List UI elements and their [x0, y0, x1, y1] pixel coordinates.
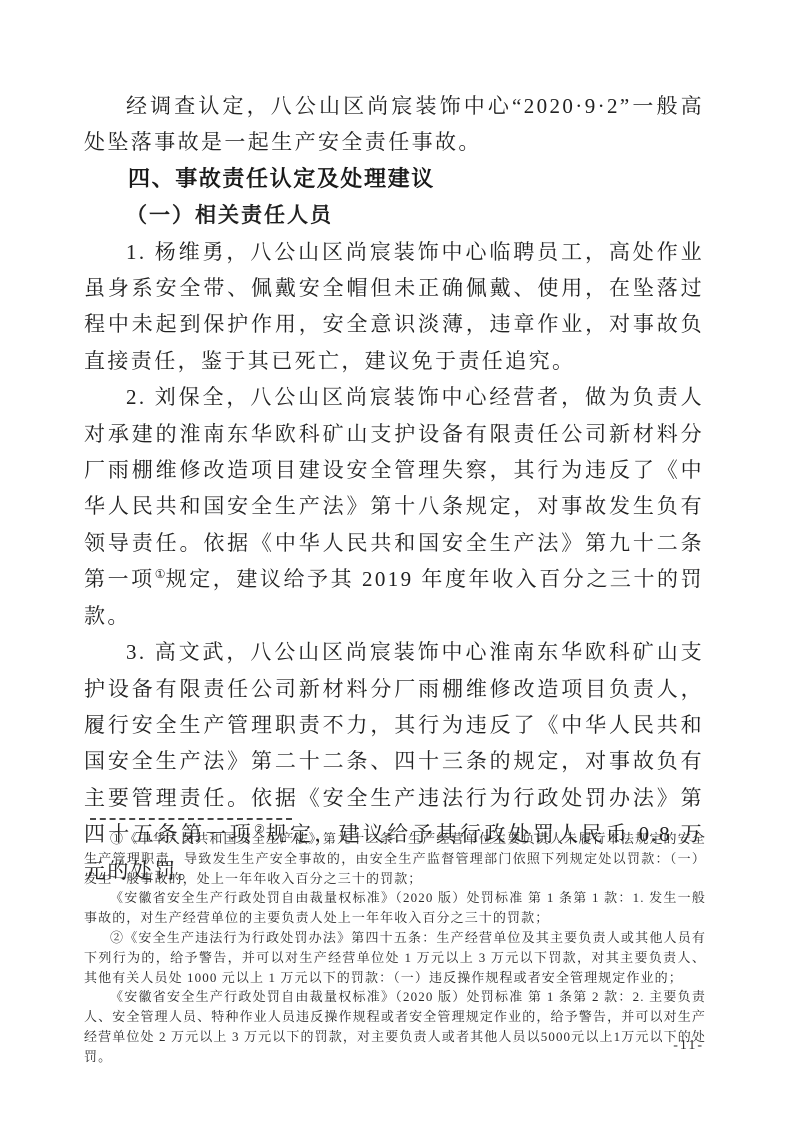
footnote-separator — [90, 818, 292, 820]
paragraph-person-1: 1. 杨维勇，八公山区尚宸装饰中心临聘员工，高处作业虽身系安全带、佩戴安全帽但未… — [84, 234, 704, 380]
footnote-1-standard: 《安徽省安全生产行政处罚自由裁量权标准》（2020 版）处罚标准 第 1 条第 … — [84, 888, 706, 928]
footnote-2-standard: 《安徽省安全生产行政处罚自由裁量权标准》（2020 版）处罚标准 第 1 条第 … — [84, 987, 706, 1066]
paragraph-person-2: 2. 刘保全，八公山区尚宸装饰中心经营者，做为负责人对承建的淮南东华欧科矿山支护… — [84, 379, 704, 634]
document-body: 经调查认定，八公山区尚宸装饰中心“2020·9·2”一般高处坠落事故是一起生产安… — [84, 88, 704, 889]
footnote-1-law: ①《中华人民共和国安全生产法》第九十二条：生产经营单位主要负责人未履行本法规定的… — [84, 829, 706, 888]
section-heading-responsibility: 四、事故责任认定及处理建议 — [84, 161, 704, 197]
paragraph-person-2-text-cont: 规定，建议给予其 2019 年度年收入百分之三十的罚款。 — [84, 567, 704, 627]
footnote-reference-1: ① — [155, 567, 166, 581]
footnote-2-law: ②《安全生产违法行为行政处罚办法》第四十五条：生产经营单位及其主要负责人或其他人… — [84, 928, 706, 987]
footnotes-section: ①《中华人民共和国安全生产法》第九十二条：生产经营单位主要负责人未履行本法规定的… — [84, 812, 706, 1067]
paragraph-conclusion: 经调查认定，八公山区尚宸装饰中心“2020·9·2”一般高处坠落事故是一起生产安… — [84, 88, 704, 161]
page-number: -11- — [673, 1038, 704, 1054]
document-page: 经调查认定，八公山区尚宸装饰中心“2020·9·2”一般高处坠落事故是一起生产安… — [0, 0, 792, 1122]
subsection-heading-responsible-persons: （一）相关责任人员 — [84, 197, 704, 233]
paragraph-person-2-text: 2. 刘保全，八公山区尚宸装饰中心经营者，做为负责人对承建的淮南东华欧科矿山支护… — [84, 385, 704, 591]
